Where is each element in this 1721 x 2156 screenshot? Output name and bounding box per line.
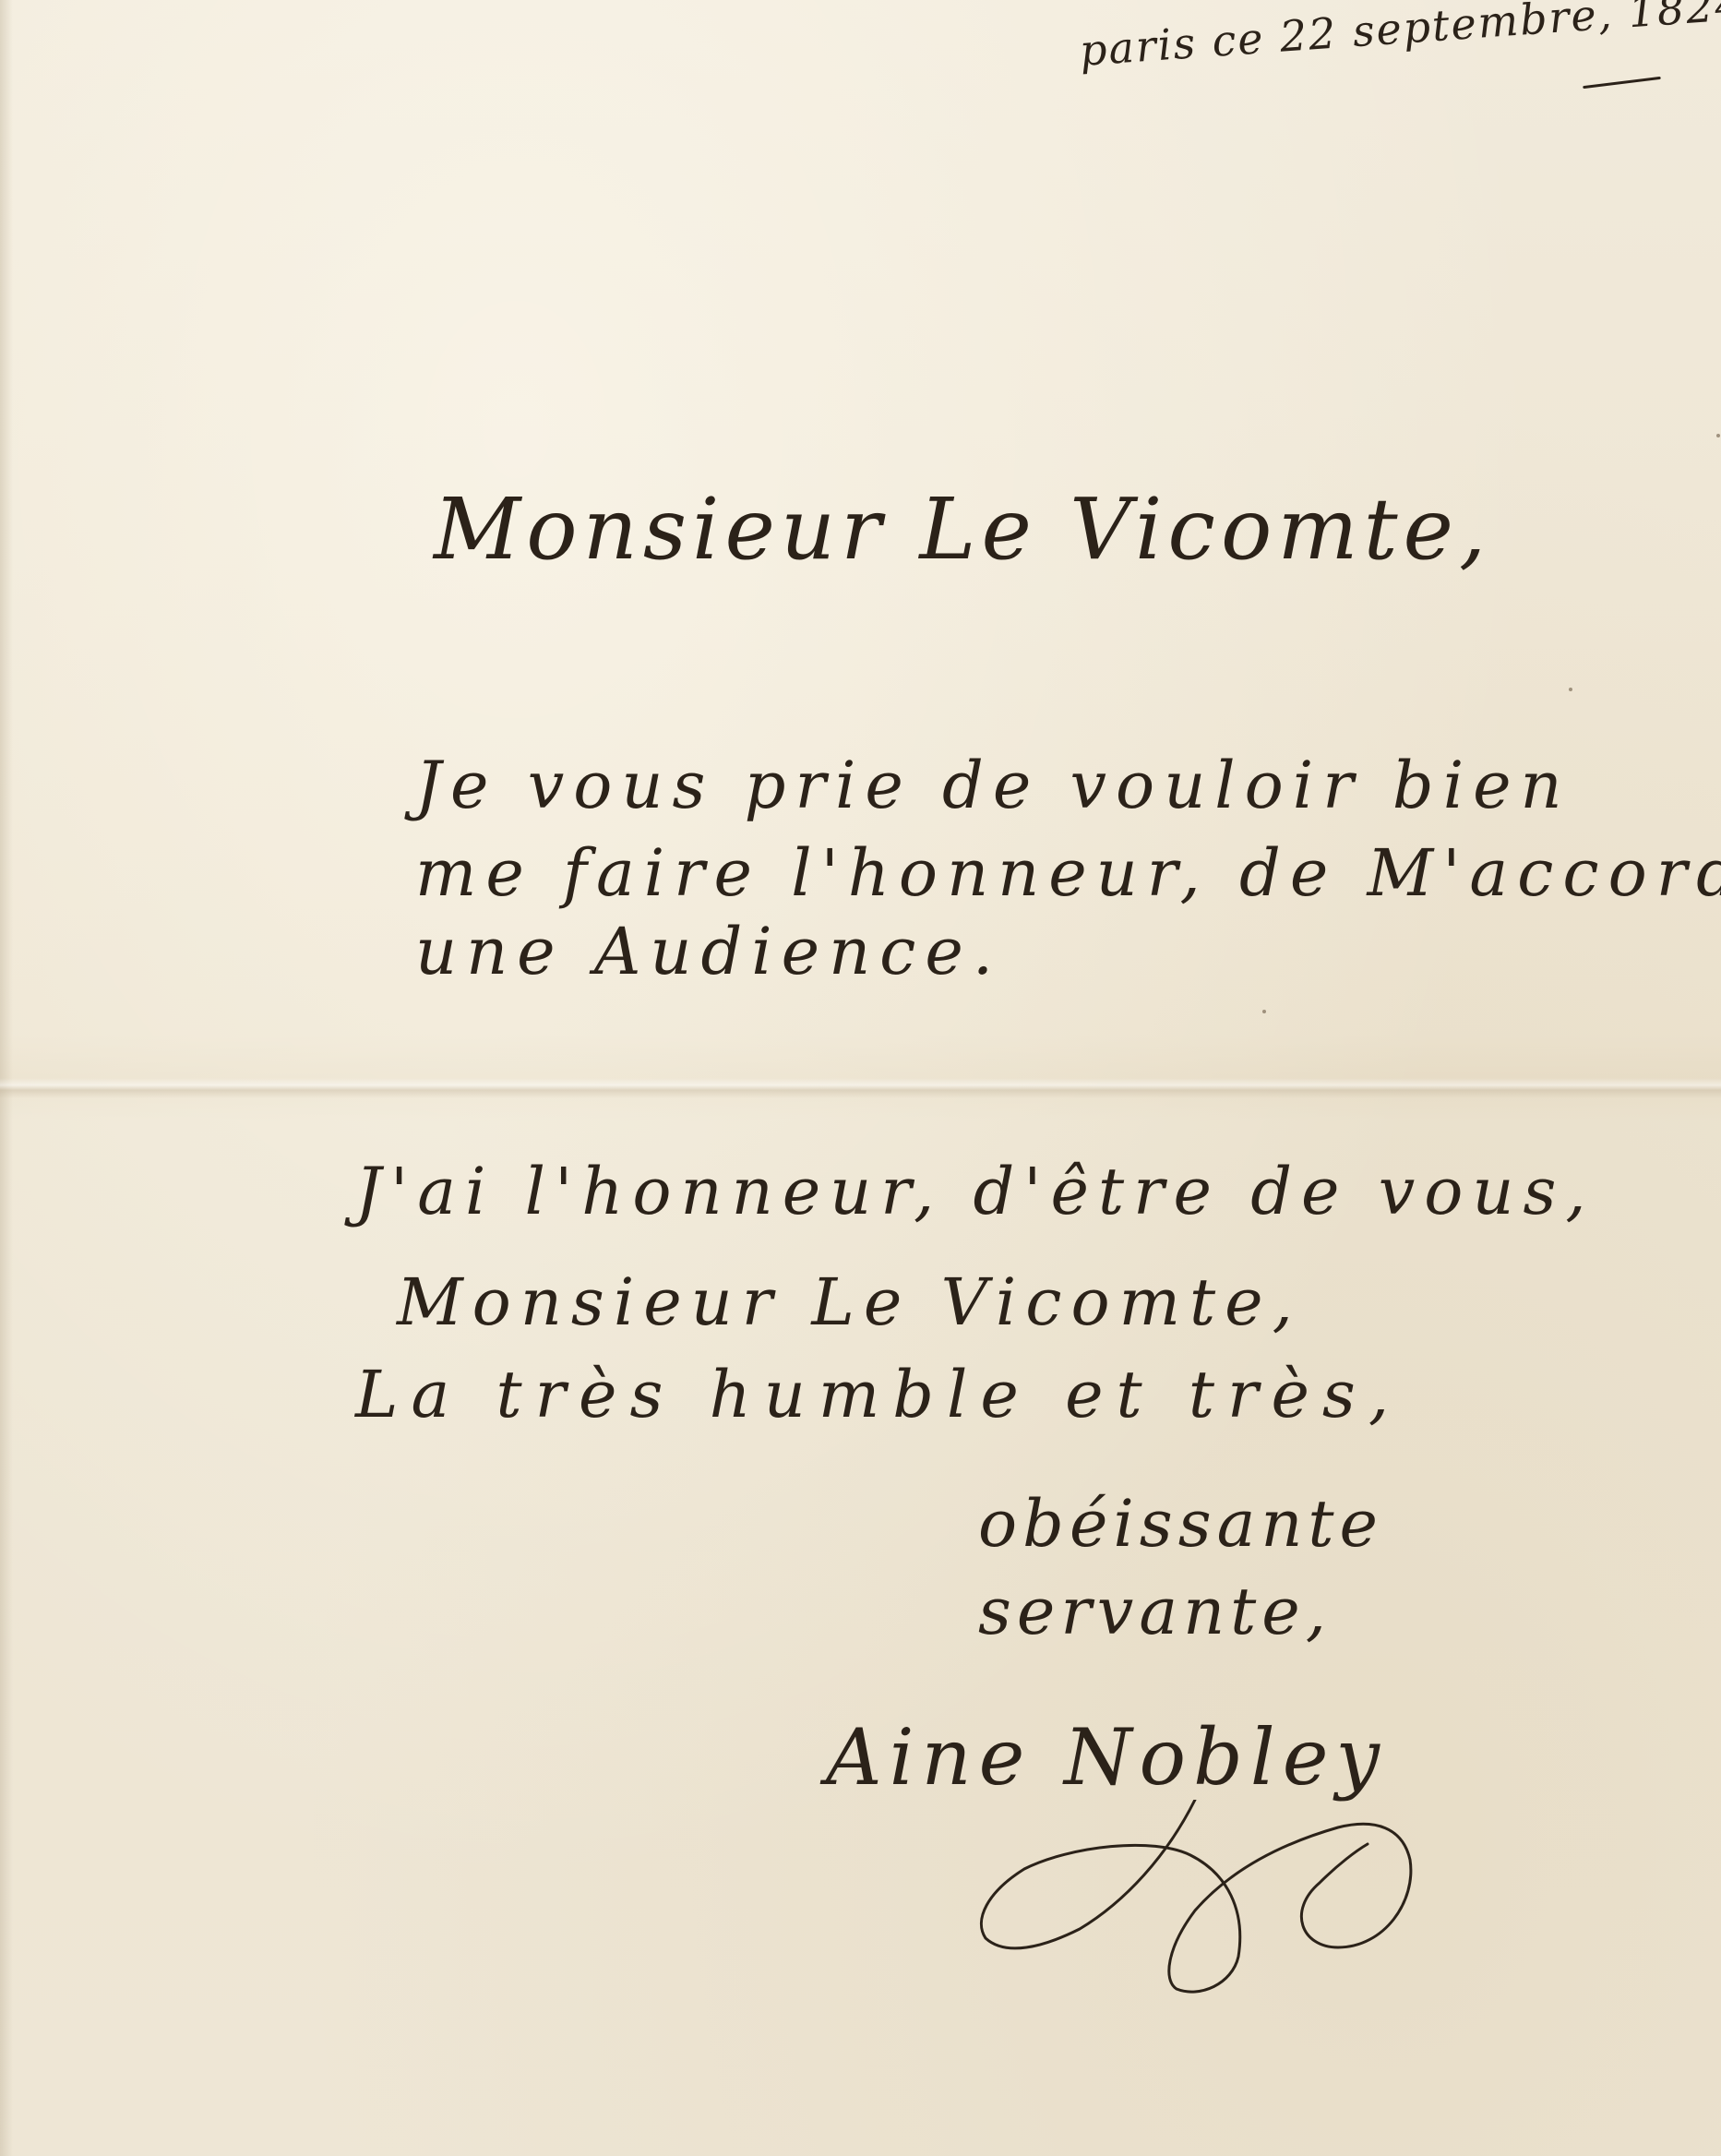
closing-line: J'ai l'honneur, d'être de vous,: [355, 1154, 1596, 1229]
salutation: Monsieur Le Vicomte,: [434, 480, 1491, 579]
place-and-date: paris ce 22 septembre,: [1078, 0, 1630, 76]
closing-line: servante,: [978, 1574, 1332, 1649]
closing-line: Monsieur Le Vicomte,: [397, 1264, 1302, 1340]
letter-page: paris ce 22 septembre, 1824 Monsieur Le …: [0, 0, 1721, 2156]
body-line: Je vous prie de vouloir bien: [415, 748, 1572, 823]
signature-flourish-icon: [969, 1800, 1721, 2156]
body-line: une Audience.: [415, 914, 1002, 989]
paper-speck: [1569, 688, 1572, 691]
paper-speck: [1716, 434, 1720, 437]
year: 1824: [1627, 0, 1721, 37]
fold-crease: [0, 1078, 1721, 1098]
dateline: paris ce 22 septembre, 1824: [1078, 0, 1721, 76]
closing-line: obéissante: [978, 1486, 1383, 1562]
body-line: me faire l'honneur, de M'accorder: [415, 835, 1721, 911]
year-underline: [1583, 77, 1661, 89]
paper-speck: [1262, 1010, 1266, 1013]
closing-line: La très humble et très,: [355, 1357, 1402, 1432]
signature: Aine Nobley: [826, 1712, 1387, 1803]
